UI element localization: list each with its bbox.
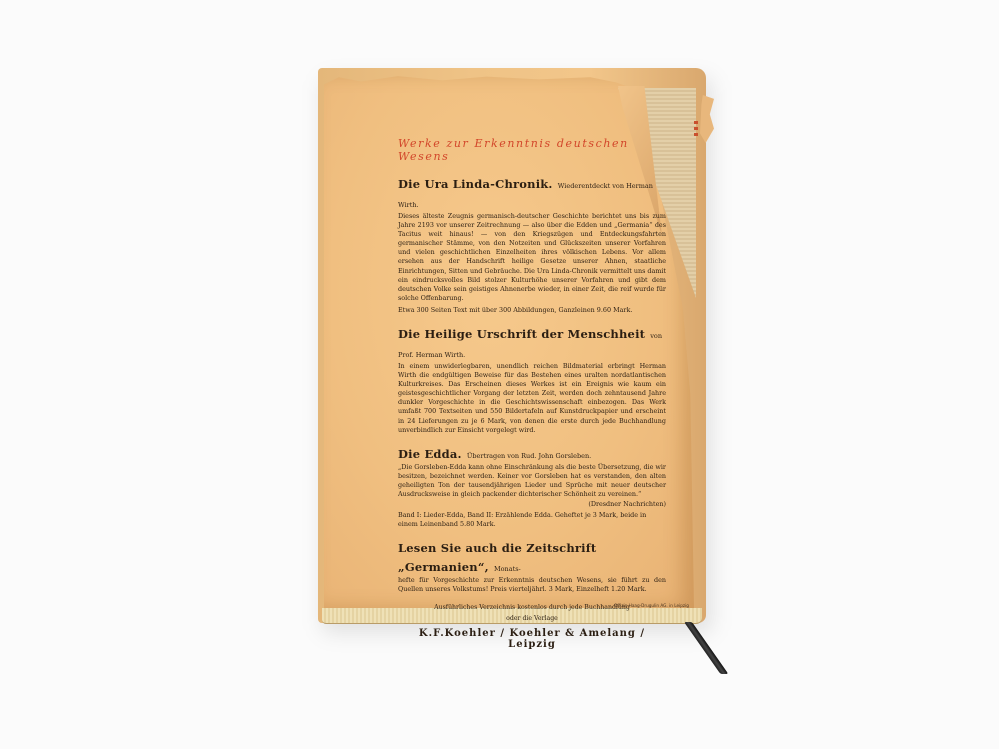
entry-title: Die Ura Linda-Chronik. xyxy=(398,177,553,191)
entry-edda: Die Edda. Übertragen von Rud. John Gorsl… xyxy=(398,443,666,529)
jacket-text: Werke zur Erkenntnis deutschen Wesens Di… xyxy=(398,137,666,650)
entry-title: Die Heilige Urschrift der Menschheit xyxy=(398,327,645,341)
quote-source: (Dresdner Nachrichten) xyxy=(398,500,666,508)
entry-description: Dieses älteste Zeugnis germanisch-deutsc… xyxy=(398,212,666,303)
entry-description: „Die Gorsleben-Edda kann ohne Einschränk… xyxy=(398,463,666,499)
entry-germanien: Lesen Sie auch die Zeitschrift „Germanie… xyxy=(398,537,666,594)
entry-description: hefte für Vorgeschichte zur Erkenntnis d… xyxy=(398,576,666,594)
series-title: Werke zur Erkenntnis deutschen Wesens xyxy=(398,137,666,163)
entry-price: Etwa 300 Seiten Text mit über 300 Abbild… xyxy=(398,306,666,315)
entry-title: Die Edda. xyxy=(398,447,462,461)
catalog-note-line2: oder die Verlage xyxy=(398,613,666,624)
printer-mark: Offizin Haag-Drugulin AG. in Leipzig xyxy=(614,603,689,608)
entry-ura-linda: Die Ura Linda-Chronik. Wiederentdeckt vo… xyxy=(398,173,666,315)
entry-description: In einem unwiderlegbaren, unendlich reic… xyxy=(398,362,666,435)
spine-red-marking xyxy=(694,118,698,136)
publisher-line: K.F.Koehler / Koehler & Amelang / Leipzi… xyxy=(398,628,666,650)
entry-heilige-urschrift: Die Heilige Urschrift der Menschheit von… xyxy=(398,323,666,435)
entry-byline: Übertragen von Rud. John Gorsleben. xyxy=(467,452,591,460)
entry-byline: Monats- xyxy=(494,565,521,573)
entry-price: Band I: Lieder-Edda, Band II: Erzählende… xyxy=(398,511,666,529)
